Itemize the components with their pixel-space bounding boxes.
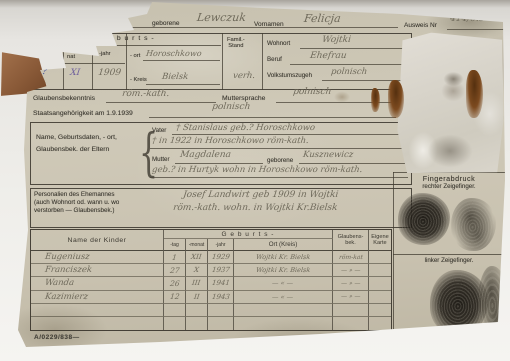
child-row-name: Franciszek — [31, 264, 164, 277]
monat-label: -mo- nat — [67, 48, 79, 60]
child-row-monat: X — [186, 264, 208, 277]
ort-label: - ort — [130, 53, 140, 59]
glauben-value: röm.-kath. — [121, 90, 169, 99]
fingerprint-right-smudge — [451, 198, 496, 251]
child-row-ort: — « — — [234, 277, 333, 290]
vater-line2: † in 1922 in Horoschkowo röm-kath. — [151, 137, 309, 146]
header-baseline — [52, 27, 398, 28]
maiden-name-handwritten: Lewczuk — [196, 12, 246, 23]
staat-underline — [149, 117, 396, 118]
date-cols-rule — [31, 63, 125, 64]
kreis-underline — [146, 84, 220, 85]
rust-stain — [388, 80, 404, 118]
children-glauben-header: Glaubens- bek. — [333, 230, 369, 251]
child-row-jahr: 1941 — [208, 277, 234, 290]
child-row-karte — [369, 251, 391, 264]
ort-underline — [143, 60, 220, 61]
geborene-label: geborene — [152, 21, 179, 28]
scanned-document: Eliesiuk geborene Lewczuk Vornamen Felic… — [0, 0, 510, 361]
child-row-monat: XII — [186, 251, 208, 264]
child-row-ort: Wojtki Kr. Bielsk — [234, 264, 333, 277]
children-table: Name der Kinder G e b u r t s - Glaubens… — [30, 229, 392, 331]
id-photo — [397, 32, 506, 175]
glauben-label: Glaubensbekenntnis — [33, 95, 95, 102]
child-row-glauben: — » — — [333, 264, 369, 277]
jahr-label: -jahr — [99, 51, 111, 57]
husband-label-line1: Personalien des Ehemannes — [34, 192, 115, 199]
child-row-glauben: röm-kat — [333, 251, 369, 264]
geburts-header-rule — [31, 45, 221, 46]
glauben-underline — [106, 102, 216, 103]
wohnort-label: Wohnort — [267, 41, 290, 48]
child-row-monat — [186, 304, 208, 317]
child-row-glauben — [333, 304, 369, 317]
child-row-glauben: — » — — [333, 291, 369, 304]
famil-stand-value: verh. — [232, 72, 255, 81]
vater-label: Vater — [152, 128, 166, 135]
muttersprache-value: polnisch — [292, 88, 331, 97]
fingerprint-section-divider — [393, 172, 394, 332]
famil-stand-label: Famil.- Stand — [227, 37, 245, 49]
tag-label: -tag — [37, 51, 47, 57]
child-row-jahr: 1937 — [208, 264, 234, 277]
child-row-karte — [369, 277, 391, 290]
vater-line1-rule — [172, 134, 408, 135]
column-divider — [222, 33, 223, 90]
child-row-karte — [369, 304, 391, 317]
child-row-monat: III — [186, 277, 208, 290]
child-row-tag: 26 — [164, 277, 186, 290]
child-row-glauben: — » — — [333, 277, 369, 290]
child-row-karte — [369, 264, 391, 277]
child-row-name: Kazimierz — [31, 291, 164, 304]
child-row-tag: 12 — [164, 291, 186, 304]
child-row-ort — [234, 317, 333, 330]
child-row-ort — [234, 304, 333, 317]
kreis-label: - Kreis — [130, 77, 147, 83]
husband-line2: röm.-kath. wohn. in Wojtki Kr.Bielsk — [172, 204, 338, 213]
staat-value: polnisch — [211, 103, 250, 112]
child-row-jahr — [208, 304, 234, 317]
volkstum-label: Volkstumszugeh — [267, 73, 312, 80]
fingerprint-left-smudge — [478, 266, 508, 338]
wohnort-underline — [300, 48, 406, 49]
child-row-tag — [164, 317, 186, 330]
child-row-tag: 27 — [164, 264, 186, 277]
birth-place-value: Horoschkowo — [146, 50, 202, 58]
mutter-name-rule — [175, 163, 263, 164]
geburts-label: G e b u r t s - — [100, 35, 155, 42]
ausweis-nr-value: 414/6.8 — [449, 15, 485, 24]
children-ort-header: Ort (Kreis) — [234, 239, 333, 251]
volkstum-value: polnisch — [330, 68, 367, 77]
child-row-tag: 1 — [164, 251, 186, 264]
child-row-monat: II — [186, 291, 208, 304]
children-monat-header: -monat — [186, 239, 208, 251]
column-divider — [262, 33, 263, 90]
beruf-underline — [290, 64, 406, 65]
child-row-karte — [369, 317, 391, 330]
children-name-header: Name der Kinder — [31, 230, 164, 251]
staatsangehoerigkeit-label: Staatsangehörigkeit am 1.9.1939 — [33, 110, 133, 117]
child-row-glauben — [333, 317, 369, 330]
mutter-line2: geb.? in Hurtyk wohn in Horoschkowo röm-… — [151, 166, 362, 175]
ausweis-nr-label: Ausweis Nr — [404, 23, 437, 30]
children-karte-header: Eigene Karte — [369, 230, 391, 251]
left-finger-label: linker Zeigefinger. — [393, 258, 505, 265]
children-jahr-header: -jahr — [208, 239, 234, 251]
fingerabdruck-title: Fingerabdruck — [393, 175, 505, 183]
ausweis-underline — [447, 29, 505, 30]
birth-kreis-value: Bielsk — [161, 73, 188, 82]
vater-line1: † Stanislaus geb.? Horoschkowo — [175, 124, 315, 133]
rust-stain — [466, 70, 483, 118]
husband-line1: Josef Landwirt geb 1909 in Wojtki — [182, 191, 338, 200]
child-row-jahr: 1929 — [208, 251, 234, 264]
child-row-monat — [186, 317, 208, 330]
child-row-ort: — « — — [234, 291, 333, 304]
birth-month-value: XI — [69, 69, 80, 78]
mutter-name: Magdalena — [179, 151, 231, 160]
vater-line2-rule — [150, 148, 408, 149]
registration-card-paper: Eliesiuk geborene Lewczuk Vornamen Felic… — [0, 0, 510, 361]
parents-label-line2: Glaubensbek. der Eltern — [36, 146, 109, 153]
fingerprint-right-main — [398, 193, 450, 245]
column-divider — [63, 45, 64, 90]
mutter-line2-rule — [150, 177, 408, 178]
child-row-tag — [164, 304, 186, 317]
fingerprint-mid-rule — [393, 254, 507, 255]
vornamen-handwritten: Felicja — [303, 13, 341, 24]
column-divider — [92, 45, 93, 90]
child-row-name — [31, 304, 164, 317]
children-geburts-header: G e b u r t s - — [164, 230, 333, 239]
beruf-label: Beruf — [267, 57, 282, 64]
parents-label-line1: Name, Geburtsdaten, - ort, — [36, 134, 117, 141]
child-row-name: Eugeniusz — [31, 251, 164, 264]
vornamen-label: Vornamen — [254, 22, 284, 29]
child-row-name — [31, 317, 164, 330]
mutter-geborene-label: geborene — [267, 158, 293, 165]
mutter-label: Mutter — [152, 157, 170, 164]
right-finger-label: rechter Zeigefinger. — [393, 184, 505, 191]
child-row-name: Wanda — [31, 277, 164, 290]
child-row-jahr: 1943 — [208, 291, 234, 304]
child-row-karte — [369, 291, 391, 304]
husband-label-line3: verstorben — Glaubensbek.) — [34, 208, 115, 215]
children-tag-header: -tag — [164, 239, 186, 251]
surname-handwritten: Eliesiuk — [55, 11, 105, 23]
mutter-maiden: Kusznewicz — [302, 151, 353, 160]
form-number: A/0229/838— — [34, 335, 80, 342]
child-row-ort: Wojtki Kr. Bielsk — [234, 251, 333, 264]
birth-year-value: 1909 — [97, 69, 121, 78]
rust-stain — [371, 88, 380, 112]
beruf-value: Ehefrau — [309, 52, 347, 61]
husband-label-line2: (auch Wohnort od. wann u. wo — [34, 200, 119, 207]
child-row-jahr — [208, 317, 234, 330]
mutter-maiden-rule — [299, 163, 408, 164]
birth-info-box — [30, 33, 412, 90]
wohnort-value: Wojtki — [321, 36, 351, 45]
